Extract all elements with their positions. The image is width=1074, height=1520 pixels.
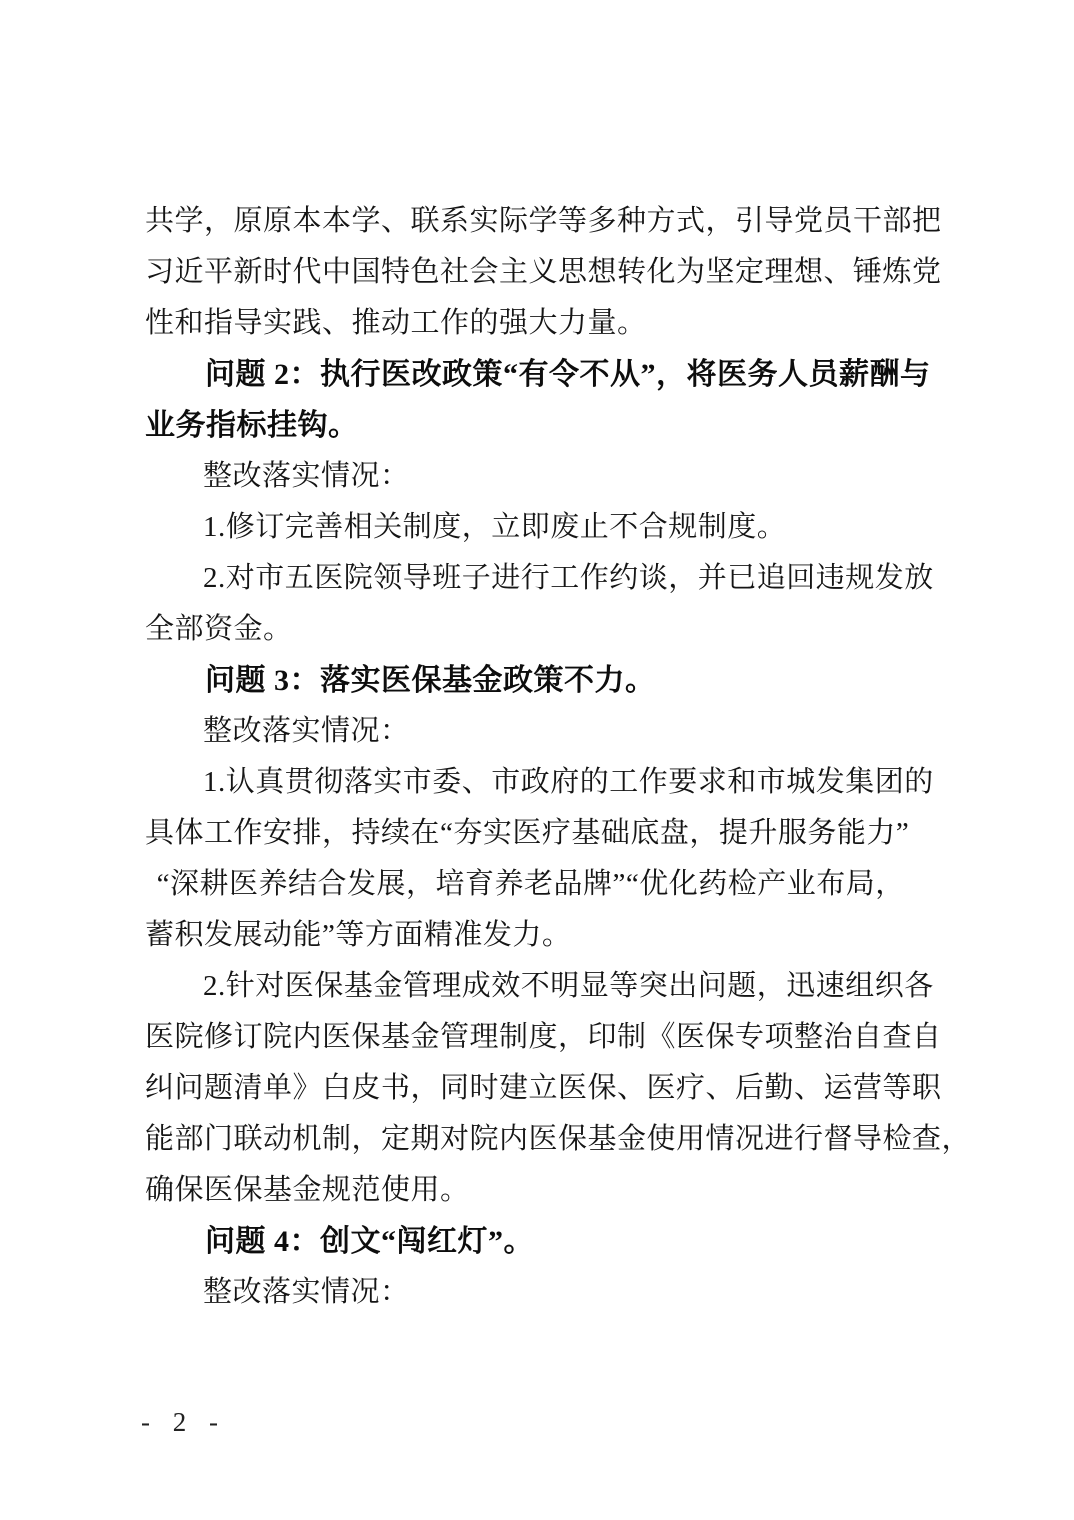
text-line: 纠问题清单》白皮书，同时建立医保、医疗、后勤、运营等职 [145, 1063, 945, 1114]
heading-line: 业务指标挂钩。 [145, 400, 945, 451]
text-line: 医院修订院内医保基金管理制度，印制《医保专项整治自查自 [145, 1012, 945, 1063]
text-line: 习近平新时代中国特色社会主义思想转化为坚定理想、锤炼党 [145, 247, 945, 298]
text-line: 性和指导实践、推动工作的强大力量。 [145, 298, 945, 349]
text-line: 1.修订完善相关制度，立即废止不合规制度。 [145, 502, 945, 553]
text-line: 整改落实情况： [145, 1267, 945, 1318]
document-page: 共学，原原本本学、联系实际学等多种方式，引导党员干部把习近平新时代中国特色社会主… [0, 0, 1074, 1520]
text-line: 2.针对医保基金管理成效不明显等突出问题，迅速组织各 [145, 961, 945, 1012]
document-lines: 共学，原原本本学、联系实际学等多种方式，引导党员干部把习近平新时代中国特色社会主… [145, 196, 945, 1318]
text-line: 蓄积发展动能”等方面精准发力。 [145, 910, 945, 961]
heading-line: 问题 2：执行医改政策“有令不从”，将医务人员薪酬与 [145, 349, 945, 400]
page-number: - 2 - [141, 1404, 223, 1440]
text-line: 2.对市五医院领导班子进行工作约谈，并已追回违规发放 [145, 553, 945, 604]
text-line: 1.认真贯彻落实市委、市政府的工作要求和市城发集团的 [145, 757, 945, 808]
text-line: “深耕医养结合发展，培育养老品牌”“优化药检产业布局， [145, 859, 945, 910]
text-line: 全部资金。 [145, 604, 945, 655]
text-line: 具体工作安排，持续在“夯实医疗基础底盘，提升服务能力” [145, 808, 945, 859]
text-line: 整改落实情况： [145, 706, 945, 757]
heading-line: 问题 3：落实医保基金政策不力。 [145, 655, 945, 706]
text-line: 共学，原原本本学、联系实际学等多种方式，引导党员干部把 [145, 196, 945, 247]
text-line: 确保医保基金规范使用。 [145, 1165, 945, 1216]
text-line: 整改落实情况： [145, 451, 945, 502]
text-line: 能部门联动机制，定期对院内医保基金使用情况进行督导检查， [145, 1114, 945, 1165]
heading-line: 问题 4：创文“闯红灯”。 [145, 1216, 945, 1267]
